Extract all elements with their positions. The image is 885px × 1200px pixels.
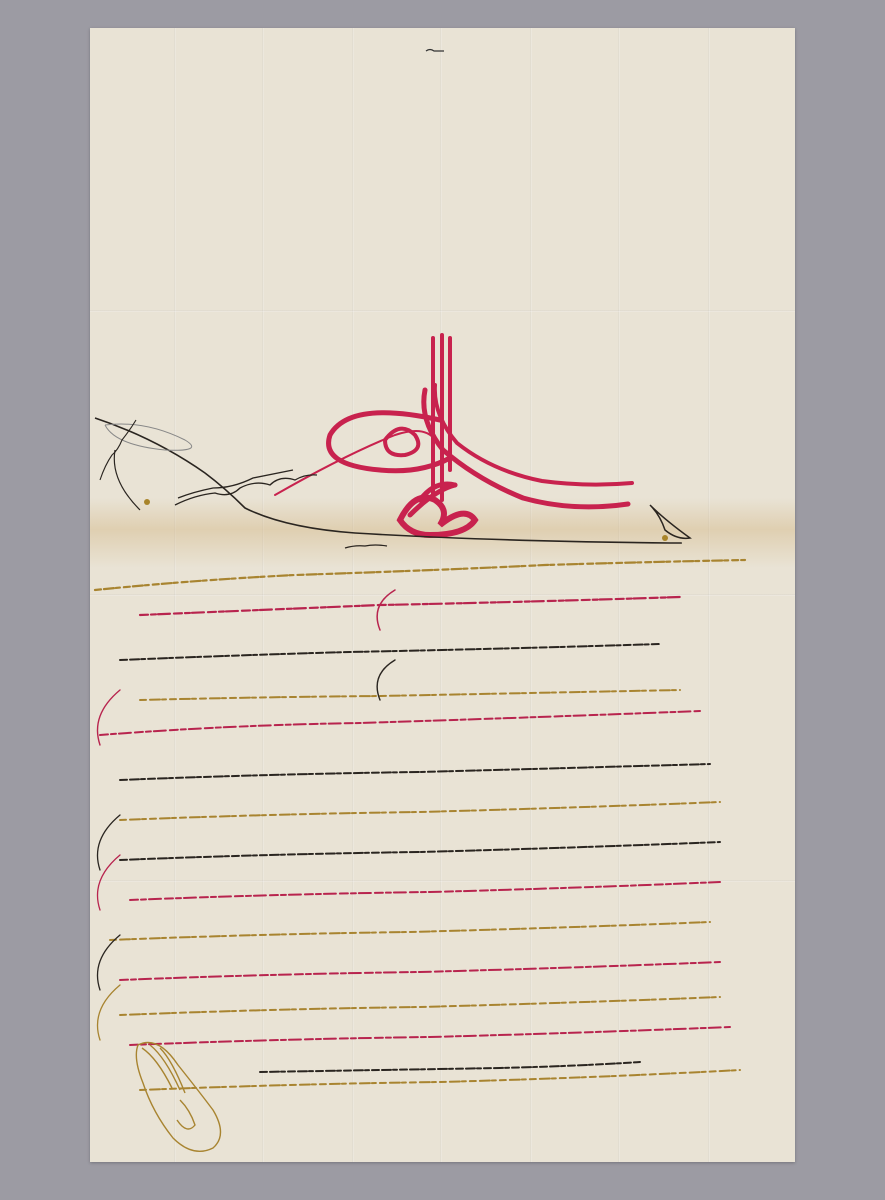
tughra (275, 335, 632, 535)
top-mark (426, 50, 444, 52)
document-artwork (0, 0, 885, 1200)
hand-seal (136, 1043, 220, 1152)
invocation-text (100, 420, 387, 548)
text-block (95, 560, 745, 1090)
gold-dot (144, 499, 150, 505)
gold-dot (662, 535, 668, 541)
